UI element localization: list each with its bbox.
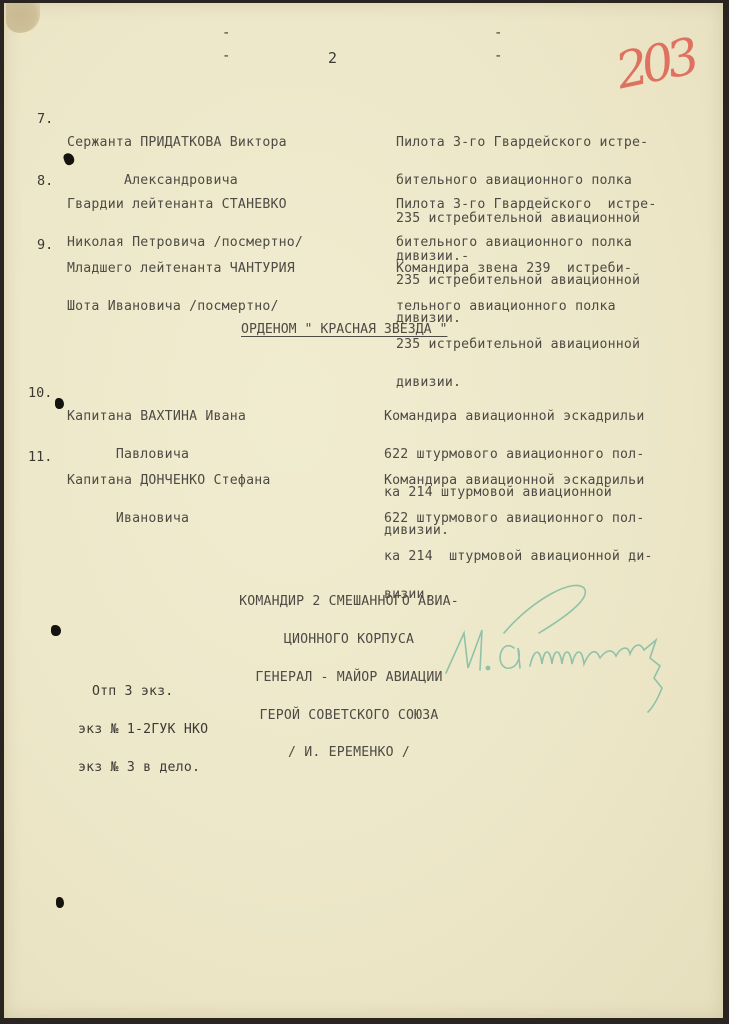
entry-number: 8. — [37, 173, 53, 189]
entry-position-line: 622 штурмового авиационного пол- — [384, 513, 653, 526]
punch-hole-mark — [55, 398, 64, 409]
entry-position-line: Пилота 3-го Гвардейского истре- — [396, 137, 648, 150]
page-dash-left: - — [222, 48, 230, 64]
signature-line: / И. ЕРЕМЕНКО / — [204, 747, 494, 760]
entry-number: 10. — [28, 385, 52, 401]
entry-number: 11. — [28, 449, 52, 465]
punch-hole-mark — [56, 897, 64, 908]
entry-name-line: Гвардии лейтенанта СТАНЕВКО — [67, 199, 303, 212]
page-dash-top-left: - — [222, 25, 230, 41]
entry-number: 9. — [37, 237, 53, 253]
entry-position-line: ка 214 штурмовой авиационной ди- — [384, 551, 653, 564]
entry-name-line: Шота Ивановича /посмертно/ — [67, 301, 295, 314]
page-dash-top-right: - — [494, 25, 502, 41]
entry-position-line: тельного авиационного полка — [396, 301, 640, 314]
entry-name-line: Ивановича — [67, 513, 271, 526]
copies-note-line: экз № 3 в дело. — [78, 762, 208, 775]
entry-position-line: Пилота 3-го Гвардейского истре- — [396, 199, 656, 212]
copies-note-line: Отп 3 экз. — [78, 686, 208, 699]
entry-name-line: Младшего лейтенанта ЧАНТУРИЯ — [67, 263, 295, 276]
page-number: 2 — [328, 49, 337, 67]
order-heading: ОРДЕНОМ " КРАСНАЯ ЗВЕЗДА " — [241, 322, 447, 337]
entry-name-line: Сержанта ПРИДАТКОВА Виктора — [67, 137, 287, 150]
entry-position-line: 235 истребительной авиационной — [396, 339, 640, 352]
entry-number: 7. — [37, 111, 53, 127]
document-page: - - - 2 - 203 7. Сержанта ПРИДАТКОВА Вик… — [4, 3, 723, 1018]
copies-note-line: экз № 1-2ГУК НКО — [78, 724, 208, 737]
paper-stain — [6, 3, 40, 33]
entry-name-line: Капитана ВАХТИНА Ивана — [67, 411, 246, 424]
punch-hole-mark — [51, 625, 61, 636]
handwritten-signature-icon — [444, 578, 674, 718]
entry-name: Капитана ДОНЧЕНКО Стефана Ивановича — [67, 450, 271, 551]
entry-position-line: Командира авиационной эскадрильи — [384, 411, 644, 424]
entry-position-line: Командира авиационной эскадрильи — [384, 475, 653, 488]
copies-note: Отп 3 экз. экз № 1-2ГУК НКО экз № 3 в де… — [78, 661, 208, 800]
page-dash-right: - — [494, 48, 502, 64]
archive-page-number: 203 — [611, 28, 699, 101]
entry-position-line: Командира звена 239 истреби- — [396, 263, 640, 276]
entry-name-line: Капитана ДОНЧЕНКО Стефана — [67, 475, 271, 488]
